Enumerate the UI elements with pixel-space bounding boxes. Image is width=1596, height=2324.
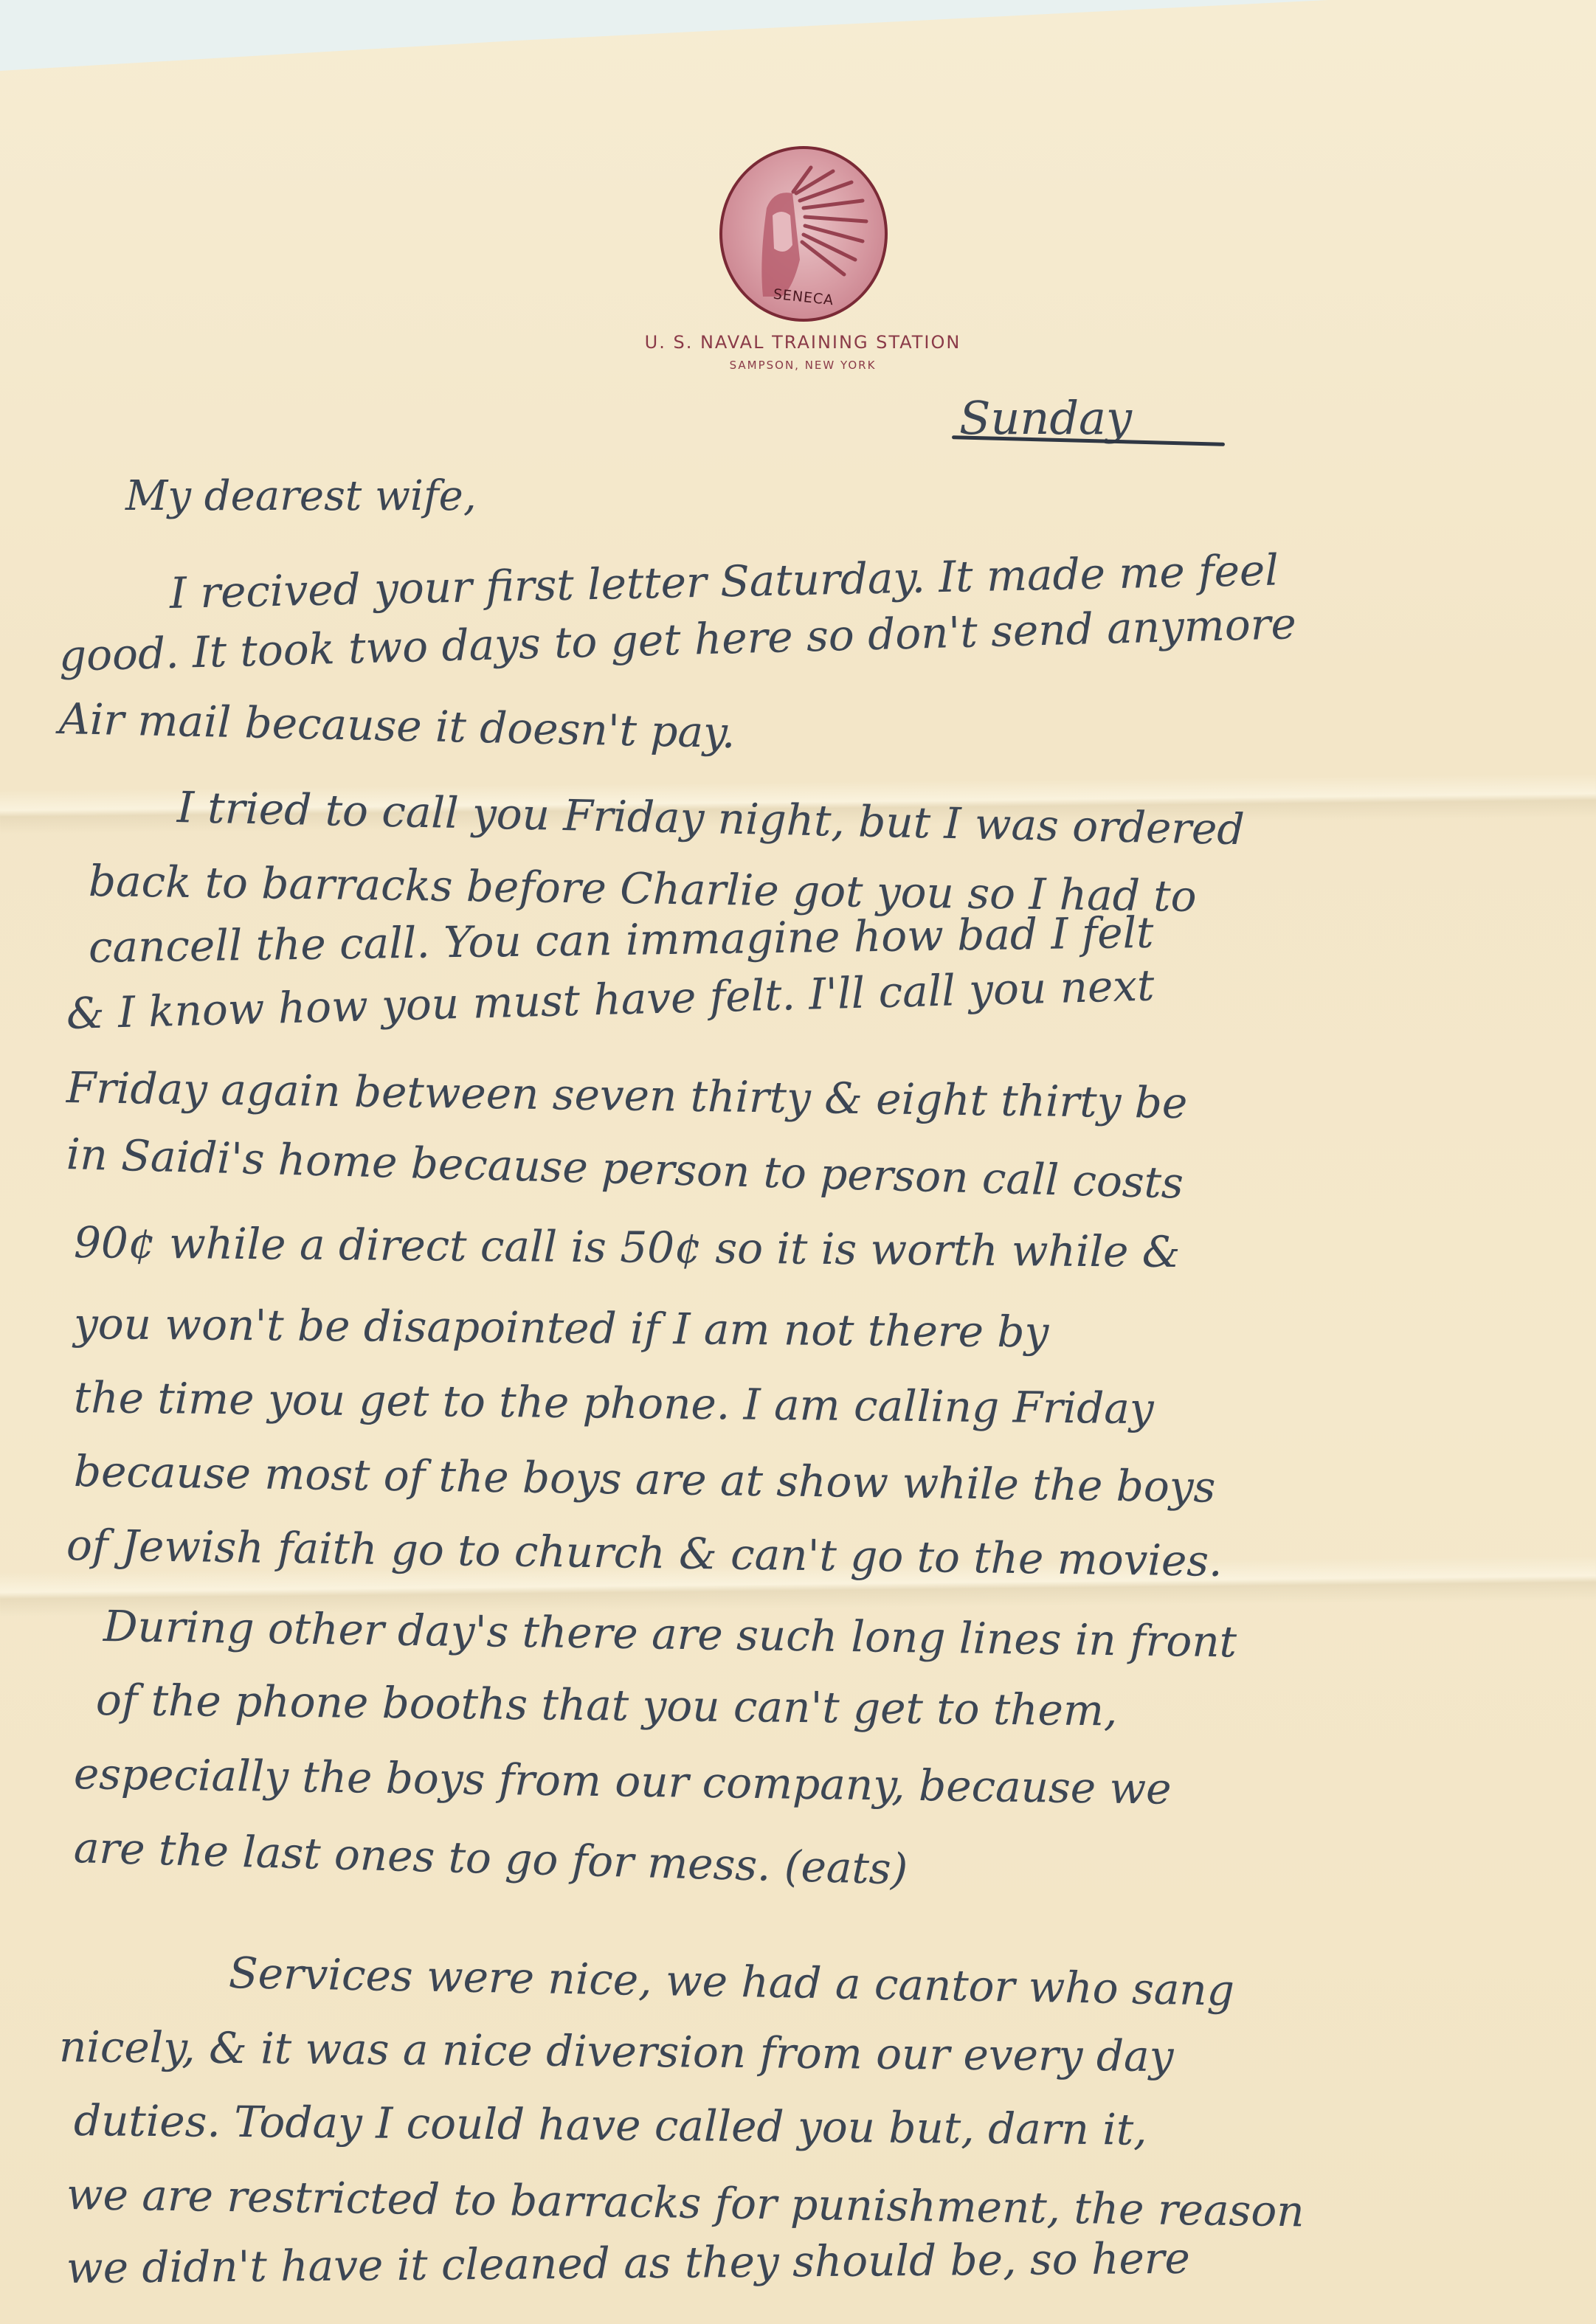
- salutation: My dearest wife,: [125, 472, 477, 520]
- letter-line: 90¢ while a direct call is 50¢ so it is …: [74, 1217, 1181, 1277]
- letter-line: you won't be disapointed if I am not the…: [74, 1298, 1049, 1358]
- letter-line: nicely, & it was a nice diversion from o…: [59, 2022, 1174, 2081]
- letter-line: of the phone booths that you can't get t…: [96, 1675, 1118, 1735]
- letter-line: we didn't have it cleaned as they should…: [66, 2233, 1190, 2293]
- letterhead-subtitle: SAMPSON, NEW YORK: [618, 359, 987, 372]
- letterhead-title: U. S. NAVAL TRAINING STATION: [618, 332, 987, 353]
- letter-line: duties. Today I could have called you bu…: [74, 2095, 1147, 2155]
- seneca-seal-icon: SENECA: [719, 146, 888, 322]
